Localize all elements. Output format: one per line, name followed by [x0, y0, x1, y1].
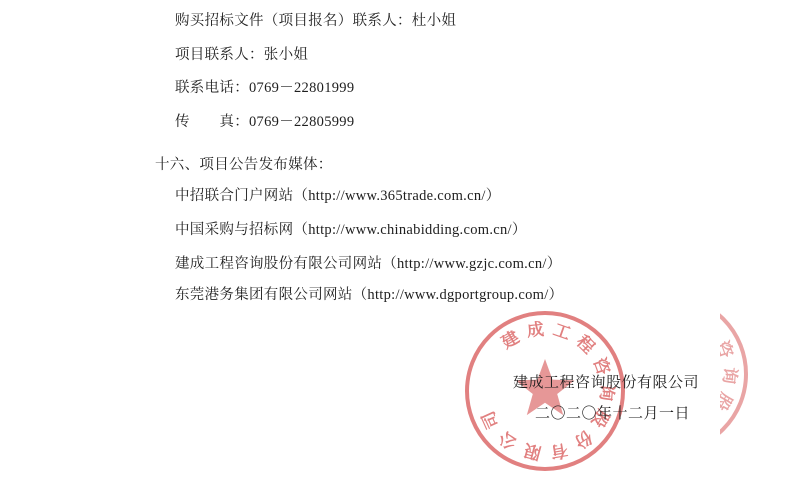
media-line-chinabidding: 中国采购与招标网（http://www.chinabidding.com.cn/…	[175, 218, 527, 239]
signature-date: 二〇二〇年十二月一日	[535, 402, 690, 423]
document-page: 购买招标文件（项目报名）联系人：杜小姐 项目联系人：张小姐 联系电话：0769－…	[0, 0, 786, 493]
media-line-dgportgroup: 东莞港务集团有限公司网站（http://www.dgportgroup.com/…	[175, 283, 563, 304]
contact-line-purchase: 购买招标文件（项目报名）联系人：杜小姐	[175, 9, 456, 30]
media-line-365trade: 中招联合门户网站（http://www.365trade.com.cn/）	[175, 184, 501, 205]
contact-line-project: 项目联系人：张小姐	[175, 43, 308, 64]
signature-company: 建成工程咨询股份有限公司	[513, 371, 699, 392]
section-heading-media: 十六、项目公告发布媒体：	[155, 153, 333, 174]
contact-line-fax: 传 真：0769－22805999	[175, 110, 354, 131]
contact-line-phone: 联系电话：0769－22801999	[175, 76, 354, 97]
media-line-gzjc: 建成工程咨询股份有限公司网站（http://www.gzjc.com.cn/）	[175, 252, 562, 273]
